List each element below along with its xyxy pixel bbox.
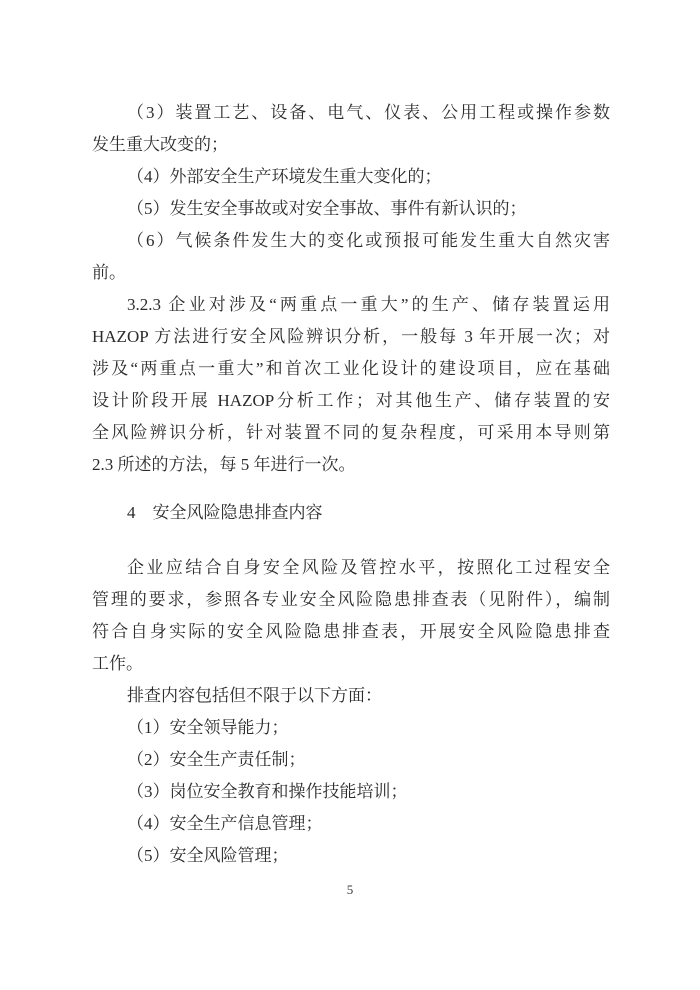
paragraph-line: （5）发生安全事故或对安全事故、事件有新认识的； <box>92 193 610 225</box>
document-page: （3）装置工艺、设备、电气、仪表、公用工程或操作参数 发生重大改变的； （4）外… <box>0 0 700 990</box>
clause-line: 3.2.3 企业对涉及“两重点一重大”的生产、储存装置运用 <box>92 289 610 321</box>
paragraph-line: 前。 <box>92 257 610 289</box>
paragraph-line: 管理的要求，参照各专业安全风险隐患排查表（见附件），编制 <box>92 584 610 616</box>
paragraph-line: 企业应结合自身安全风险及管控水平，按照化工过程安全 <box>92 552 610 584</box>
paragraph-line: 发生重大改变的； <box>92 129 610 161</box>
page-number: 5 <box>0 882 700 898</box>
clause-line: 2.3 所述的方法，每 5 年进行一次。 <box>92 449 610 481</box>
paragraph-line: （3）装置工艺、设备、电气、仪表、公用工程或操作参数 <box>92 97 610 129</box>
section-heading: 4 安全风险隐患排查内容 <box>92 497 610 529</box>
paragraph-line: （4）外部安全生产环境发生重大变化的； <box>92 161 610 193</box>
list-item-line: （5）安全风险管理； <box>92 840 610 872</box>
paragraph-line: （6）气候条件发生大的变化或预报可能发生重大自然灾害 <box>92 225 610 257</box>
list-intro-line: 排查内容包括但不限于以下方面： <box>92 680 610 712</box>
clause-line: 设计阶段开展 HAZOP分析工作；对其他生产、储存装置的安 <box>92 385 610 417</box>
list-item-line: （1）安全领导能力； <box>92 712 610 744</box>
list-item-line: （4）安全生产信息管理； <box>92 808 610 840</box>
clause-line: 涉及“两重点一重大”和首次工业化设计的建设项目，应在基础 <box>92 353 610 385</box>
clause-line: 全风险辨识分析，针对装置不同的复杂程度，可采用本导则第 <box>92 417 610 449</box>
paragraph-line: 工作。 <box>92 648 610 680</box>
paragraph-line: 符合自身实际的安全风险隐患排查表，开展安全风险隐患排查 <box>92 616 610 648</box>
list-item-line: （2）安全生产责任制； <box>92 744 610 776</box>
clause-line: HAZOP 方法进行安全风险辨识分析，一般每 3 年开展一次；对 <box>92 321 610 353</box>
list-item-line: （3）岗位安全教育和操作技能培训； <box>92 776 610 808</box>
